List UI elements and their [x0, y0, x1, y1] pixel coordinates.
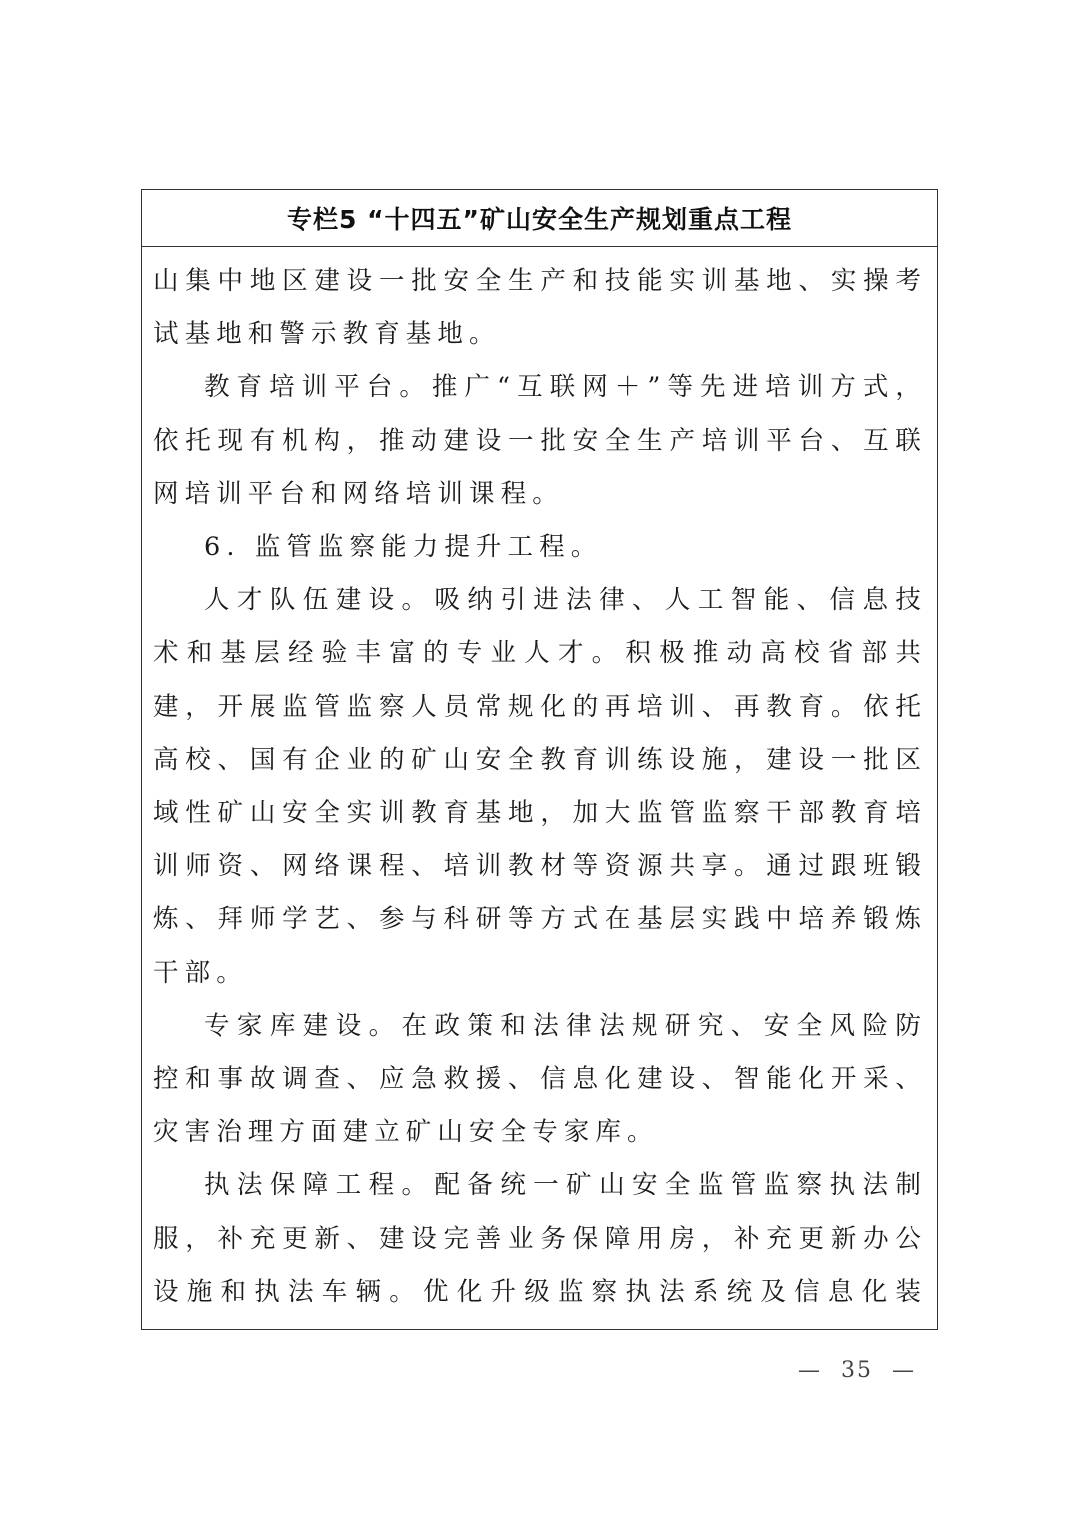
paragraph-enforcement-support: 执法保障工程。配备统一矿山安全监管监察执法制服，补充更新、建设完善业务保障用房，…	[153, 1159, 927, 1330]
feature-box-title: 专栏5 “十四五”矿山安全生产规划重点工程	[142, 190, 937, 247]
section-heading-supervision-capacity: 6. 监管监察能力提升工程。	[153, 521, 927, 574]
paragraph-talent-team: 人才队伍建设。吸纳引进法律、人工智能、信息技术和基层经验丰富的专业人才。积极推动…	[153, 574, 927, 1000]
paragraph-continuation: 山集中地区建设一批安全生产和技能实训基地、实操考试基地和警示教育基地。	[153, 255, 927, 361]
paragraph-education-platform: 教育培训平台。推广“互联网＋”等先进培训方式，依托现有机构，推动建设一批安全生产…	[153, 361, 927, 521]
paragraph-expert-database: 专家库建设。在政策和法律法规研究、安全风险防控和事故调查、应急救援、信息化建设、…	[153, 1000, 927, 1160]
page-number: — 35 —	[798, 1358, 916, 1383]
feature-box-body: 山集中地区建设一批安全生产和技能实训基地、实操考试基地和警示教育基地。 教育培训…	[142, 247, 937, 1330]
feature-box: 专栏5 “十四五”矿山安全生产规划重点工程 山集中地区建设一批安全生产和技能实训…	[141, 189, 938, 1330]
